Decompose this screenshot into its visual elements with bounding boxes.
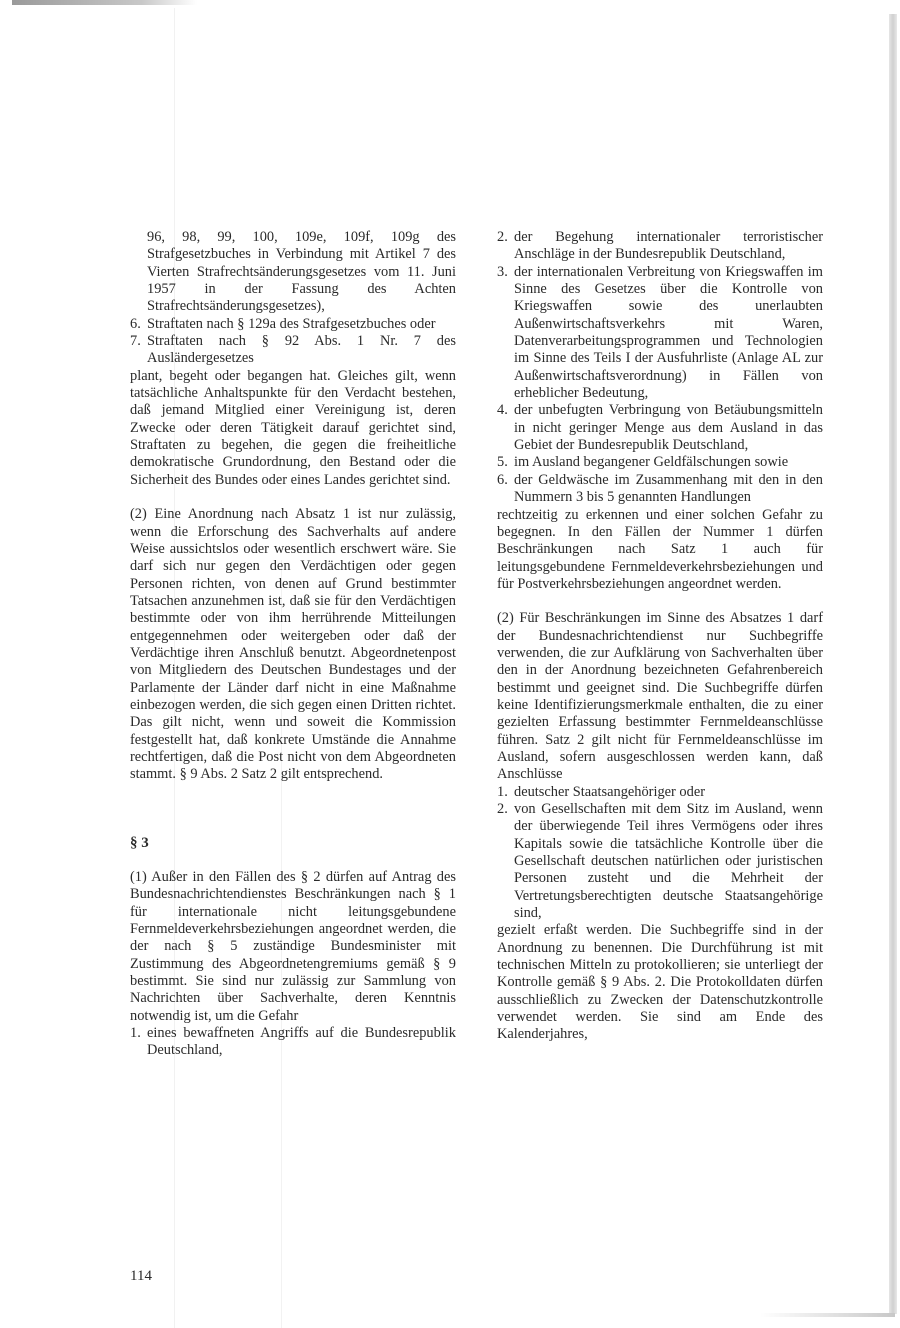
list-item: 5. im Ausland begangener Geldfälschungen… xyxy=(497,454,823,471)
paragraph-gap xyxy=(130,489,456,506)
list-item-text: eines bewaffneten Angriffs auf die Bunde… xyxy=(147,1025,456,1060)
list-item-text: von Gesellschaften mit dem Sitz im Ausla… xyxy=(514,801,823,922)
list-item-text: Straftaten nach § 92 Abs. 1 Nr. 7 des Au… xyxy=(147,333,456,368)
list-item-text: der unbefugten Verbringung von Betäubung… xyxy=(514,402,823,454)
page-number: 114 xyxy=(130,1268,152,1285)
scan-shadow-top xyxy=(12,0,197,5)
list-item-text: der internationalen Verbreitung von Krie… xyxy=(514,264,823,403)
scan-shadow-bottom xyxy=(760,1313,895,1317)
paragraph-gap xyxy=(130,784,456,801)
list-item-text: der Geldwäsche im Zusammenhang mit den i… xyxy=(514,472,823,507)
list-item-continuation: 96, 98, 99, 100, 109e, 109f, 109g des St… xyxy=(130,229,456,316)
list-item-number: 6. xyxy=(130,316,147,333)
list-item: 7. Straftaten nach § 92 Abs. 1 Nr. 7 des… xyxy=(130,333,456,368)
paragraph-3: gezielt erfaßt werden. Die Suchbegriffe … xyxy=(497,922,823,1043)
list-item-text: der Begehung internationaler terroristis… xyxy=(514,229,823,264)
list-item-number: 3. xyxy=(497,264,514,403)
list-item: 6. Straftaten nach § 129a des Strafgeset… xyxy=(130,316,456,333)
list-item: 1. eines bewaffneten Angriffs auf die Bu… xyxy=(130,1025,456,1060)
list-item-number: 7. xyxy=(130,333,147,368)
list-item-number: 4. xyxy=(497,402,514,454)
list-item-text: Straftaten nach § 129a des Strafgesetzbu… xyxy=(147,316,456,333)
list-item-number: 6. xyxy=(497,472,514,507)
list-item-number: 1. xyxy=(130,1025,147,1060)
list-item-text: im Ausland begangener Geldfälschungen so… xyxy=(514,454,823,471)
list-item-number: 5. xyxy=(497,454,514,471)
list-item-text: deutscher Staatsangehöriger oder xyxy=(514,784,823,801)
section-heading: § 3 xyxy=(130,835,456,852)
paragraph-gap xyxy=(130,818,456,835)
paragraph-gap xyxy=(497,593,823,610)
list-item: 6. der Geldwäsche im Zusammenhang mit de… xyxy=(497,472,823,507)
list-item-number: 2. xyxy=(497,229,514,264)
paragraph-2: (2) Eine Anordnung nach Absatz 1 ist nur… xyxy=(130,506,456,784)
list-item-number: 1. xyxy=(497,784,514,801)
left-column: 96, 98, 99, 100, 109e, 109f, 109g des St… xyxy=(130,229,456,1060)
section-paragraph-1: (1) Außer in den Fällen des § 2 dürfen a… xyxy=(130,869,456,1025)
right-column: 2. der Begehung internationaler terroris… xyxy=(497,229,823,1044)
paragraph-gap xyxy=(130,852,456,869)
list-item: 3. der internationalen Verbreitung von K… xyxy=(497,264,823,403)
paragraph-2: (2) Für Beschränkungen im Sinne des Absa… xyxy=(497,610,823,783)
list-item-number: 2. xyxy=(497,801,514,922)
list-item: 2. von Gesellschaften mit dem Sitz im Au… xyxy=(497,801,823,922)
list-item: 2. der Begehung internationaler terroris… xyxy=(497,229,823,264)
scan-shadow-right xyxy=(889,14,897,1314)
paragraph: rechtzeitig zu erkennen und einer solche… xyxy=(497,507,823,594)
paragraph: plant, begeht oder begangen hat. Gleiche… xyxy=(130,368,456,489)
list-item: 1. deutscher Staatsangehöriger oder xyxy=(497,784,823,801)
list-item: 4. der unbefugten Verbringung von Betäub… xyxy=(497,402,823,454)
paragraph-gap xyxy=(130,801,456,818)
